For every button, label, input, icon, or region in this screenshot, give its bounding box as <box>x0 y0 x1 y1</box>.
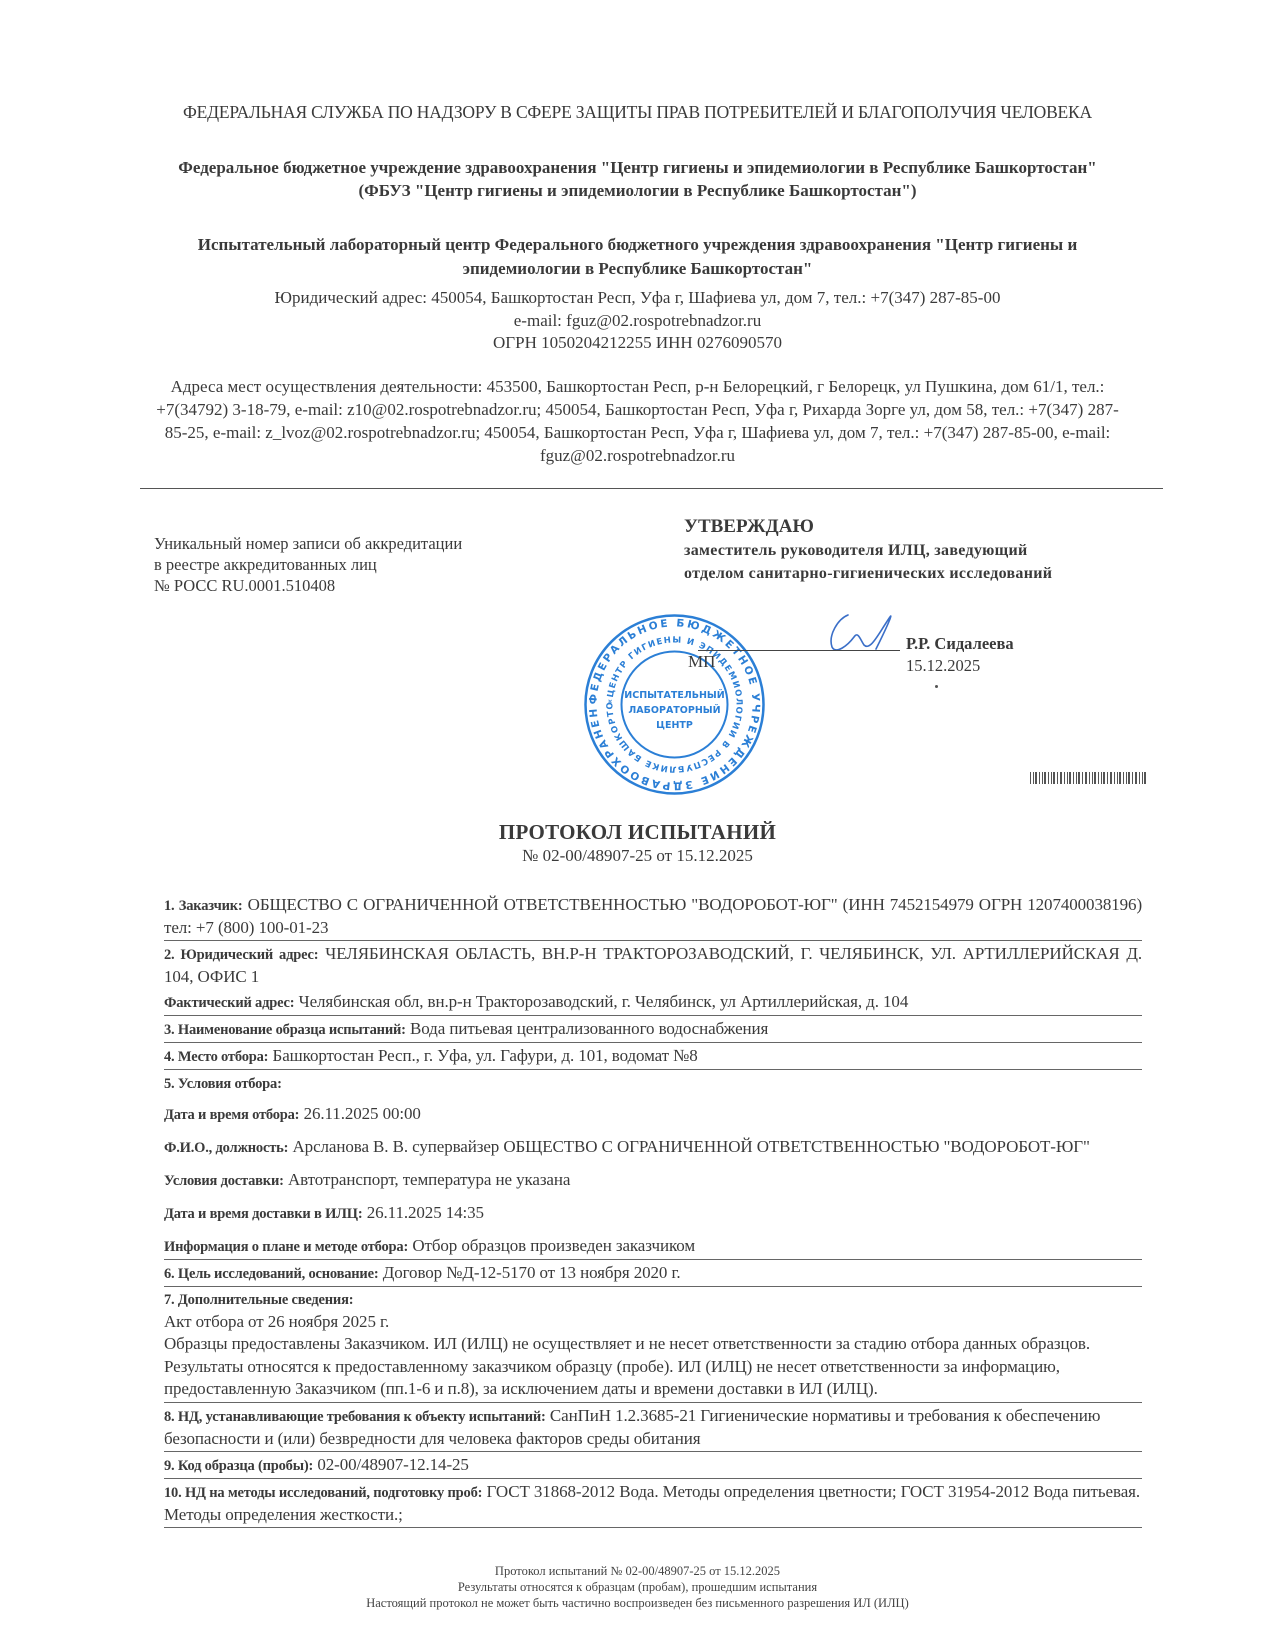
accreditation-block: Уникальный номер записи об аккредитации … <box>154 533 462 596</box>
delivery-conditions-label: Условия доставки: <box>164 1173 284 1189</box>
section-sampling-plan: Информация о плане и методе отбора: Отбо… <box>164 1233 1142 1260</box>
section-delivery-conditions: Условия доставки: Автотранспорт, темпера… <box>164 1167 1142 1200</box>
approval-block: УТВЕРЖДАЮ заместитель руководителя ИЛЦ, … <box>684 515 1052 585</box>
section-purpose: 6. Цель исследований, основание: Договор… <box>164 1260 1142 1287</box>
delivery-datetime-label: Дата и время доставки в ИЛЦ: <box>164 1206 362 1222</box>
section-actual-address: Фактический адрес: Челябинская обл, вн.р… <box>164 989 1142 1016</box>
purpose-label: 6. Цель исследований, основание: <box>164 1266 378 1282</box>
approver-position-1: заместитель руководителя ИЛЦ, заведующий <box>684 539 1052 562</box>
section-sampling-conditions: 5. Условия отбора: <box>164 1070 1142 1101</box>
stamp-mark-label: МП <box>688 652 715 672</box>
sample-code-label: 9. Код образца (пробы): <box>164 1458 313 1474</box>
activity-addresses: Адреса мест осуществления деятельности: … <box>150 375 1125 467</box>
lab-center-name: Испытательный лабораторный центр Федерал… <box>150 233 1125 281</box>
customer-value: ОБЩЕСТВО С ОГРАНИЧЕННОЙ ОТВЕТСТВЕННОСТЬЮ… <box>164 895 1142 937</box>
section-delivery-datetime: Дата и время доставки в ИЛЦ: 26.11.2025 … <box>164 1200 1142 1233</box>
header-divider <box>140 488 1163 489</box>
institution-short: (ФБУЗ "Центр гигиены и эпидемиологии в Р… <box>150 179 1125 202</box>
legal-address-label: 2. Юридический адрес: <box>164 947 318 963</box>
footer-reproduction-note: Настоящий протокол не может быть частичн… <box>150 1595 1125 1611</box>
actual-address-label: Фактический адрес: <box>164 995 294 1011</box>
customer-label: 1. Заказчик: <box>164 898 243 914</box>
section-legal-address: 2. Юридический адрес: ЧЕЛЯБИНСКАЯ ОБЛАСТ… <box>164 941 1142 989</box>
sampling-conditions-label: 5. Условия отбора: <box>164 1076 282 1092</box>
section-person: Ф.И.О., должность: Арсланова В. В. супер… <box>164 1134 1142 1167</box>
sample-name-value: Вода питьевая централизованного водоснаб… <box>410 1019 768 1038</box>
email: e-mail: fguz@02.rospotrebnadzor.ru <box>150 310 1125 333</box>
svg-text:ЦЕНТР: ЦЕНТР <box>656 720 693 731</box>
approver-position-2: отделом санитарно-гигиенических исследов… <box>684 562 1052 585</box>
protocol-title: ПРОТОКОЛ ИСПЫТАНИЙ <box>150 820 1125 845</box>
requirements-label: 8. НД, устанавливающие требования к объе… <box>164 1409 546 1425</box>
section-sample-code: 9. Код образца (пробы): 02-00/48907-12.1… <box>164 1452 1142 1479</box>
sampling-datetime-value: 26.11.2025 00:00 <box>304 1104 421 1123</box>
svg-text:ИСПЫТАТЕЛЬНЫЙ: ИСПЫТАТЕЛЬНЫЙ <box>624 689 724 701</box>
mark-dot <box>935 685 938 688</box>
signature-line <box>698 650 900 651</box>
signer-name: Р.Р. Сидалеева <box>906 634 1014 654</box>
purpose-value: Договор №Д-12-5170 от 13 ноября 2020 г. <box>383 1263 681 1282</box>
additional-label: 7. Дополнительные сведения: <box>164 1289 1142 1311</box>
delivery-conditions-value: Автотранспорт, температура не указана <box>288 1170 570 1189</box>
ogrn-inn: ОГРН 1050204212255 ИНН 0276090570 <box>150 332 1125 355</box>
approval-date: 15.12.2025 <box>906 656 980 676</box>
section-customer: 1. Заказчик: ОБЩЕСТВО С ОГРАНИЧЕННОЙ ОТВ… <box>164 892 1142 941</box>
section-methods: 10. НД на методы исследований, подготовк… <box>164 1479 1142 1528</box>
accreditation-number: № РОСС RU.0001.510408 <box>154 575 462 596</box>
institution-full: Федеральное бюджетное учреждение здравоо… <box>150 156 1125 179</box>
additional-disclaimer: Образцы предоставлены Заказчиком. ИЛ (ИЛ… <box>164 1333 1142 1401</box>
section-sampling-place: 4. Место отбора: Башкортостан Респ., г. … <box>164 1043 1142 1070</box>
methods-label: 10. НД на методы исследований, подготовк… <box>164 1485 482 1501</box>
agency-name: ФЕДЕРАЛЬНАЯ СЛУЖБА ПО НАДЗОРУ В СФЕРЕ ЗА… <box>150 100 1125 124</box>
sample-code-value: 02-00/48907-12.14-25 <box>317 1455 468 1474</box>
footer-results-note: Результаты относятся к образцам (пробам)… <box>150 1579 1125 1595</box>
protocol-sections: 1. Заказчик: ОБЩЕСТВО С ОГРАНИЧЕННОЙ ОТВ… <box>164 892 1142 1528</box>
sampling-place-label: 4. Место отбора: <box>164 1049 268 1065</box>
legal-address: Юридический адрес: 450054, Башкортостан … <box>150 287 1125 310</box>
sampling-plan-label: Информация о плане и методе отбора: <box>164 1239 408 1255</box>
person-label: Ф.И.О., должность: <box>164 1140 288 1156</box>
additional-act: Акт отбора от 26 ноября 2025 г. <box>164 1311 1142 1333</box>
sampling-plan-value: Отбор образцов произведен заказчиком <box>412 1236 695 1255</box>
svg-text:ЛАБОРАТОРНЫЙ: ЛАБОРАТОРНЫЙ <box>628 704 720 716</box>
section-requirements: 8. НД, устанавливающие требования к объе… <box>164 1403 1142 1452</box>
approval-title: УТВЕРЖДАЮ <box>684 515 1052 539</box>
section-sampling-datetime: Дата и время отбора: 26.11.2025 00:00 <box>164 1101 1142 1134</box>
section-additional: 7. Дополнительные сведения: Акт отбора о… <box>164 1287 1142 1403</box>
protocol-number: № 02-00/48907-25 от 15.12.2025 <box>150 846 1125 866</box>
signature-icon <box>820 605 910 660</box>
section-sample-name: 3. Наименование образца испытаний: Вода … <box>164 1016 1142 1043</box>
footer-protocol-ref: Протокол испытаний № 02-00/48907-25 от 1… <box>150 1563 1125 1579</box>
delivery-datetime-value: 26.11.2025 14:35 <box>367 1203 484 1222</box>
page-footer: Протокол испытаний № 02-00/48907-25 от 1… <box>150 1563 1125 1611</box>
sampling-datetime-label: Дата и время отбора: <box>164 1107 299 1123</box>
barcode-icon <box>1030 772 1147 784</box>
official-stamp-icon: ФЕДЕРАЛЬНОЕ БЮДЖЕТНОЕ УЧРЕЖДЕНИЕ ЗДРАВОО… <box>582 612 767 797</box>
institution-name: Федеральное бюджетное учреждение здравоо… <box>150 156 1125 202</box>
legal-contacts: Юридический адрес: 450054, Башкортостан … <box>150 287 1125 355</box>
actual-address-value: Челябинская обл, вн.р-н Тракторозаводски… <box>299 992 909 1011</box>
sample-name-label: 3. Наименование образца испытаний: <box>164 1022 406 1038</box>
accreditation-line1: Уникальный номер записи об аккредитации <box>154 533 462 554</box>
person-value: Арсланова В. В. супервайзер ОБЩЕСТВО С О… <box>293 1137 1090 1156</box>
accreditation-line2: в реестре аккредитованных лиц <box>154 554 462 575</box>
sampling-place-value: Башкортостан Респ., г. Уфа, ул. Гафури, … <box>273 1046 698 1065</box>
